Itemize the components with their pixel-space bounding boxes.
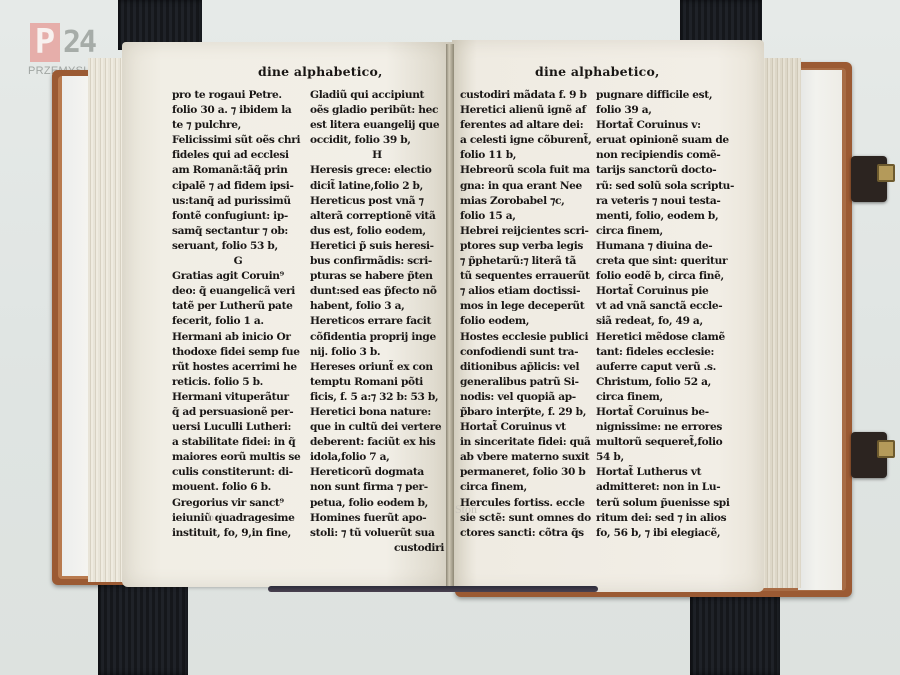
- text-line: Hermani ab inicio Or: [172, 330, 304, 345]
- text-line: circa finem,: [596, 390, 736, 405]
- text-line: te ⁊ pulchre,: [172, 118, 304, 133]
- text-line: Gladiũ qui accipiunt: [310, 88, 444, 103]
- text-line: est litera euangelij que: [310, 118, 444, 133]
- text-line: Hebreorũ scola fuit ma: [460, 163, 592, 178]
- text-line: cõfidentia proprij inge: [310, 330, 444, 345]
- text-line: Hortat̃ Coruinus be-: [596, 405, 736, 420]
- text-line: Gregorius vir sanct⁹: [172, 496, 304, 511]
- text-line: ⁊ p̃phetarũ:⁊ literã tã: [460, 254, 592, 269]
- text-line: tũ sequentes errauerũt: [460, 269, 592, 284]
- text-line: creta que sint: queritur: [596, 254, 736, 269]
- text-line: pugnare difficile est,: [596, 88, 736, 103]
- clasp-upper: [851, 156, 887, 202]
- text-line: ritum dei: sed ⁊ in alios: [596, 511, 736, 526]
- text-line: ieiuniũ quadragesime: [172, 511, 304, 526]
- text-line: non recipiendis comẽ-: [596, 148, 736, 163]
- strap-bottom-left: [98, 575, 188, 675]
- strap-bottom-right: [690, 588, 780, 675]
- text-line: tant: fideles ecclesie:: [596, 345, 736, 360]
- text-line: folio 11 b,: [460, 148, 592, 163]
- right-page-column-2: pugnare difficile est, folio 39 a, Horta…: [596, 88, 736, 541]
- text-line: mias Zorobabel ⁊c,: [460, 194, 592, 209]
- text-line: Hereses oriunt̃ ex con: [310, 360, 444, 375]
- text-line: ficis, f. 5 a:⁊ 32 b: 53 b,: [310, 390, 444, 405]
- watermark-number: 24: [63, 25, 95, 61]
- text-line: seruant, folio 53 b,: [172, 239, 304, 254]
- text-line: Hostes ecclesie publici: [460, 330, 592, 345]
- text-line: Felicissimi sũt oẽs chri: [172, 133, 304, 148]
- text-line: ⁊ alios etiam doctissi-: [460, 284, 592, 299]
- text-line: pturas se habere p̃ten: [310, 269, 444, 284]
- text-line: Heretici p̃ suis heresi-: [310, 239, 444, 254]
- text-line: thodoxe fidei semp fue: [172, 345, 304, 360]
- clasp-lower: [851, 432, 887, 478]
- text-line: ptores sup verba legis: [460, 239, 592, 254]
- text-line: admitteret: non in Lu-: [596, 480, 736, 495]
- text-line: ditionibus ap̃licis: vel: [460, 360, 592, 375]
- text-line: Heresis grece: electio: [310, 163, 444, 178]
- text-line: folio 30 a. ⁊ ibidem la: [172, 103, 304, 118]
- text-line: menti, folio, eodem b,: [596, 209, 736, 224]
- text-line: p̃baro interp̃te, f. 29 b,: [460, 405, 592, 420]
- text-line: nignissime: ne errores: [596, 420, 736, 435]
- text-line: gna: in qua erant Nee: [460, 179, 592, 194]
- text-line: terũ solum p̃uenisse spi: [596, 496, 736, 511]
- right-page-column-1: custodiri mãdata f. 9 b Heretici alienũ …: [460, 88, 592, 541]
- text-line: tatẽ per Lutherũ pate: [172, 299, 304, 314]
- text-line: nij. folio 3 b.: [310, 345, 444, 360]
- section-letter: G: [172, 254, 304, 269]
- text-line: Heretici mẽdose clamẽ: [596, 330, 736, 345]
- text-line: a stabilitate fidei: in q̃: [172, 435, 304, 450]
- text-line: instituit, fo, 9,in fine,: [172, 526, 304, 541]
- text-line: multorũ sequeret̃,folio: [596, 435, 736, 450]
- text-line: Heretici alienũ ignẽ af: [460, 103, 592, 118]
- text-line: 54 b,: [596, 450, 736, 465]
- text-line: fo, 56 b, ⁊ ibi elegiacẽ,: [596, 526, 736, 541]
- text-line: uersi Luculli Lutheri:: [172, 420, 304, 435]
- text-line: Hereticus post vnã ⁊: [310, 194, 444, 209]
- text-line: folio 15 a,: [460, 209, 592, 224]
- text-line: in sinceritate fidei: quã: [460, 435, 592, 450]
- text-line: eruat opinionẽ suam de: [596, 133, 736, 148]
- text-line: Homines fuerũt apo-: [310, 511, 444, 526]
- spine-bottom: [268, 586, 598, 592]
- text-line: Hortat̃ Coruinus vt: [460, 420, 592, 435]
- text-line: non sunt firma ⁊ per-: [310, 480, 444, 495]
- text-line: am Romanã:tãq̃ prin: [172, 163, 304, 178]
- text-line: confodiendi sunt tra-: [460, 345, 592, 360]
- text-line: us:tanq̃ ad purissimũ: [172, 194, 304, 209]
- pencil-mark-right: Ston: [455, 502, 477, 517]
- left-page-column-2: Gladiũ qui accipiunt oẽs gladio peribũt:…: [310, 88, 444, 556]
- text-line: Gratias agit Coruin⁹: [172, 269, 304, 284]
- text-line: dicit̃ latine,folio 2 b,: [310, 179, 444, 194]
- text-line: Hereticos errare facit: [310, 314, 444, 329]
- text-line: occidit, folio 39 b,: [310, 133, 444, 148]
- text-line: Hortat̃ Coruinus v:: [596, 118, 736, 133]
- text-line: vt ad vnã sanctã eccle-: [596, 299, 736, 314]
- text-line: rũt hostes acerrimi he: [172, 360, 304, 375]
- text-line: Hercules fortiss. eccle: [460, 496, 592, 511]
- text-line: a celesti igne cõburent̃,: [460, 133, 592, 148]
- text-line: circa finem,: [596, 224, 736, 239]
- text-line: ctores sancti: cõtra q̃s: [460, 526, 592, 541]
- text-line: deo: q̃ euangelicã veri: [172, 284, 304, 299]
- text-line: dunt:sed eas p̃fecto nõ: [310, 284, 444, 299]
- text-line: Hermani vituperãtur: [172, 390, 304, 405]
- text-line: mos in lege deceperũt: [460, 299, 592, 314]
- right-running-head: dine alphabetico,: [535, 64, 660, 79]
- watermark-p-letter: P: [30, 23, 60, 62]
- text-line: Christum, folio 52 a,: [596, 375, 736, 390]
- text-line: q̃ ad persuasionẽ per-: [172, 405, 304, 420]
- text-line: samq̃ sectantur ⁊ ob:: [172, 224, 304, 239]
- book-gutter: [446, 44, 454, 592]
- left-page-column-1: pro te rogaui Petre. folio 30 a. ⁊ ibide…: [172, 88, 304, 541]
- text-line: generalibus patrũ Si-: [460, 375, 592, 390]
- text-line: habent, folio 3 a,: [310, 299, 444, 314]
- text-line: pro te rogaui Petre.: [172, 88, 304, 103]
- text-line: bus confirmãdis: scri-: [310, 254, 444, 269]
- text-line: auferre caput verũ .s.: [596, 360, 736, 375]
- text-line: Hereticorũ dogmata: [310, 465, 444, 480]
- text-line: custodiri mãdata f. 9 b: [460, 88, 592, 103]
- text-line: folio 39 a,: [596, 103, 736, 118]
- text-line: circa finem,: [460, 480, 592, 495]
- text-line: ra veteris ⁊ noui testa-: [596, 194, 736, 209]
- endpaper-right: [798, 70, 842, 590]
- text-line: idola,folio 7 a,: [310, 450, 444, 465]
- text-line: Hebrei reijcientes scri-: [460, 224, 592, 239]
- text-line: culis constiterunt: di-: [172, 465, 304, 480]
- text-line: que in cultũ dei vertere: [310, 420, 444, 435]
- text-line: rũ: sed solũ sola scriptu-: [596, 179, 736, 194]
- text-line: ab vbere materno suxit: [460, 450, 592, 465]
- text-line: alterã correptionẽ vitã: [310, 209, 444, 224]
- text-line: siã redeat, fo, 49 a,: [596, 314, 736, 329]
- text-line: Hortat̃ Coruinus pie: [596, 284, 736, 299]
- text-line: permaneret, folio 30 b: [460, 465, 592, 480]
- text-line: fecerit, folio 1 a.: [172, 314, 304, 329]
- text-line: maiores eorũ multis se: [172, 450, 304, 465]
- left-running-head: dine alphabetico,: [258, 64, 383, 79]
- text-line: fontẽ confugiunt: ip-: [172, 209, 304, 224]
- text-line: folio eodem,: [460, 314, 592, 329]
- text-line: nodis: vel quopiã ap-: [460, 390, 592, 405]
- text-line: sie sctẽ: sunt omnes do: [460, 511, 592, 526]
- text-line: ferentes ad altare dei:: [460, 118, 592, 133]
- text-line: tarijs sanctorũ docto-: [596, 163, 736, 178]
- section-letter: H: [310, 148, 444, 163]
- text-line: oẽs gladio peribũt: hec: [310, 103, 444, 118]
- text-line: dus est, folio eodem,: [310, 224, 444, 239]
- text-line: Hortat̃ Lutherus vt: [596, 465, 736, 480]
- text-line: Heretici bona nature:: [310, 405, 444, 420]
- text-line: Humana ⁊ diuina de-: [596, 239, 736, 254]
- text-line: petua, folio eodem b,: [310, 496, 444, 511]
- text-line: cipalẽ ⁊ ad fidem ipsi-: [172, 179, 304, 194]
- text-line: stoli: ⁊ tũ voluerũt sua: [310, 526, 444, 541]
- text-line: deberent: faciũt ex his: [310, 435, 444, 450]
- text-line: folio eodẽ b, circa finẽ,: [596, 269, 736, 284]
- text-line: reticis. folio 5 b.: [172, 375, 304, 390]
- text-line: mouent. folio 6 b.: [172, 480, 304, 495]
- text-line: fideles qui ad ecclesi: [172, 148, 304, 163]
- pencil-mark-left: b d: [208, 510, 223, 525]
- catchword: custodiri: [310, 541, 444, 556]
- text-line: temptu Romani põti: [310, 375, 444, 390]
